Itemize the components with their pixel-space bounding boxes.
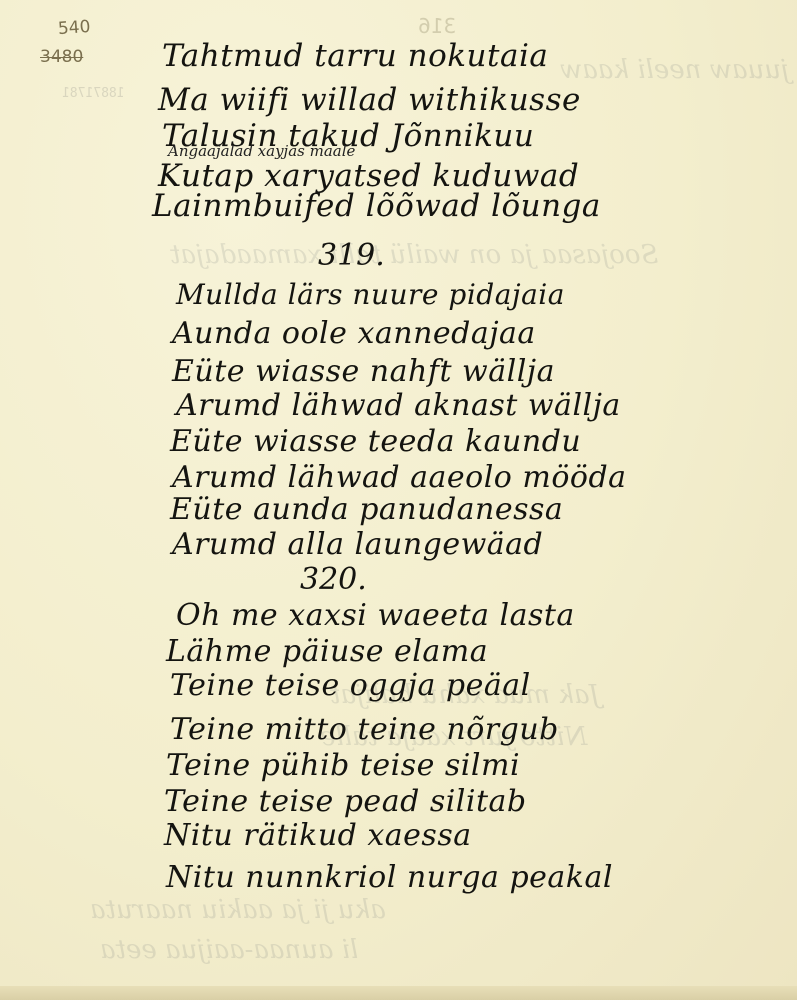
verse-line: Tahtmud tarru nokutaia (162, 38, 548, 74)
manuscript-page: juuaw neeli kaaw Soojasaa ja on wailü ta… (0, 0, 797, 1000)
archive-number-current: 540 (57, 17, 91, 39)
song-number: 320. (300, 562, 367, 597)
verse-line: Nitu nunnkriol nurga peakal (166, 860, 613, 895)
verse-line: Teine teise oggja peäal (170, 668, 531, 703)
verse-line: Eüte wiasse teeda kaundu (170, 424, 581, 459)
verse-line: Lähme päiuse elama (166, 634, 488, 669)
song-number: 319. (318, 238, 385, 273)
verse-line: Aunda oole xannedajaa (172, 316, 536, 351)
verse-line: Teine teise pead silitab (164, 784, 527, 819)
verse-line: Lainmbuifed lõõwad lõunga (152, 188, 601, 224)
bleed-through-text: Soojasaa ja on wailü talli xamaadajat (170, 240, 658, 270)
archive-number-struck: 3480 (40, 47, 83, 67)
bleed-through-text: aku ji ja aakiu naaruta (90, 895, 386, 925)
bleed-through-text: li aunaa-aaijua eeta (100, 935, 358, 965)
verse-line: Eüte aunda panudanessa (170, 492, 563, 527)
verse-line: Eüte wiasse nahft wällja (172, 354, 555, 389)
verse-line: Teine mitto teine nõrgub (170, 712, 559, 747)
verse-line: Arumd lähwad aaeolo mööda (172, 460, 627, 495)
bleed-through-stamp: 18871781 (62, 86, 125, 101)
verse-line: Nitu rätikud xaessa (164, 818, 472, 853)
bleed-through-text: juuaw neeli kaaw (560, 55, 789, 85)
bleed-through-page-number: 316 (418, 14, 456, 38)
verse-line: Arumd alla laungewäad (172, 527, 543, 562)
verse-line: Mullda lärs nuure pidajaia (176, 278, 565, 311)
verse-line: Arumd lähwad aknast wällja (176, 388, 621, 423)
verse-line: Ma wiifi willad withikusse (158, 82, 581, 118)
verse-line: Oh me xaxsi waeeta lasta (176, 598, 575, 633)
verse-line: Teine pühib teise silmi (166, 748, 520, 783)
